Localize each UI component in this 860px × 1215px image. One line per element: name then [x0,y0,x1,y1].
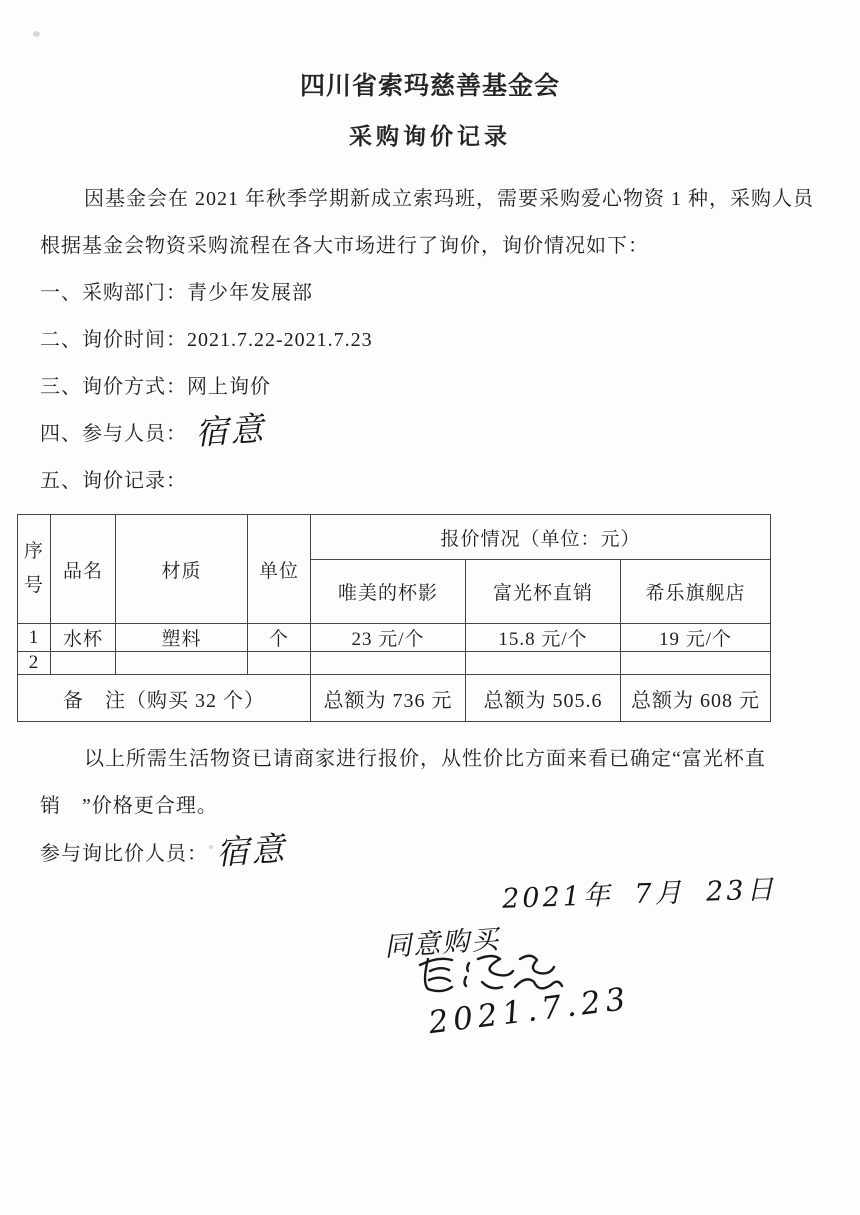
cell-quote-2: 15.8 元/个 [466,624,621,652]
handwritten-date-line: 2021年 7月 23日 [501,867,777,916]
footer-note: 备 注（购买 32 个） [18,675,311,722]
page-subtitle: 采购询价记录 [0,118,860,151]
col-header-unit: 单位 [248,515,311,624]
cell-material [116,652,248,675]
conclusion-line-2: 销 ”价格更合理。 [40,783,820,830]
price-inquiry-table: 序号 品名 材质 单位 报价情况（单位：元） 唯美的杯影 富光杯直销 希乐旗舰店… [17,514,771,722]
cell-material: 塑料 [116,624,248,652]
col-header-vendor-3: 希乐旗舰店 [621,560,771,624]
col-header-name: 品名 [51,515,116,624]
conclusion-line-1: 以上所需生活物资已请商家进行报价，从性价比方面来看已确定“富光杯直 [40,736,820,783]
scan-speck [33,31,40,37]
item-participants-label: 四、参与人员： [40,423,187,445]
item-inquiry-method: 三、询价方式：网上询价 [40,364,820,411]
table-row: 1 水杯 塑料 个 23 元/个 15.8 元/个 19 元/个 [18,624,771,652]
cell-unit [248,652,311,675]
scan-speck [209,845,213,849]
intro-line-2: 根据基金会物资采购流程在各大市场进行了询价，询价情况如下： [40,223,820,270]
col-header-vendor-2: 富光杯直销 [466,560,621,624]
intro-line-1: 因基金会在 2021 年秋季学期新成立索玛班，需要采购爱心物资 1 种，采购人员 [40,176,820,223]
col-header-material: 材质 [116,515,248,624]
conclusion-paragraph: 以上所需生活物资已请商家进行报价，从性价比方面来看已确定“富光杯直 销 ”价格更… [0,736,860,830]
handwritten-signature-participant: 宿意 [215,832,287,870]
item-purchase-department: 一、采购部门：青少年发展部 [40,270,820,317]
cell-quote-3: 19 元/个 [621,624,771,652]
numbered-items: 一、采购部门：青少年发展部 二、询价时间：2021.7.22-2021.7.23… [0,270,860,505]
participants-label: 参与询比价人员： [40,843,208,865]
intro-paragraph: 因基金会在 2021 年秋季学期新成立索玛班，需要采购爱心物资 1 种，采购人员… [0,176,860,270]
table-row: 2 [18,652,771,675]
col-header-quote-group: 报价情况（单位：元） [311,515,771,560]
cell-seq: 2 [18,652,51,675]
cell-quote-1: 23 元/个 [311,624,466,652]
handwritten-signature-participant: 宿意 [194,412,266,450]
col-header-seq: 序号 [18,515,51,624]
cell-name [51,652,116,675]
footer-total-3: 总额为 608 元 [621,675,771,722]
footer-total-2: 总额为 505.6 [466,675,621,722]
cell-name: 水杯 [51,624,116,652]
item-participants: 四、参与人员：宿意 [40,411,820,458]
item-inquiry-time: 二、询价时间：2021.7.22-2021.7.23 [40,317,820,364]
cell-quote-2 [466,652,621,675]
cell-quote-1 [311,652,466,675]
cell-quote-3 [621,652,771,675]
table-header-row-1: 序号 品名 材质 单位 报价情况（单位：元） [18,515,771,560]
item-inquiry-record: 五、询价记录： [40,458,820,505]
cell-unit: 个 [248,624,311,652]
page-title: 四川省索玛慈善基金会 [0,0,860,102]
scanned-document-page: 四川省索玛慈善基金会 采购询价记录 因基金会在 2021 年秋季学期新成立索玛班… [0,0,860,1215]
footer-total-1: 总额为 736 元 [311,675,466,722]
table-footer-row: 备 注（购买 32 个） 总额为 736 元 总额为 505.6 总额为 608… [18,675,771,722]
cell-seq: 1 [18,624,51,652]
col-header-vendor-1: 唯美的杯影 [311,560,466,624]
